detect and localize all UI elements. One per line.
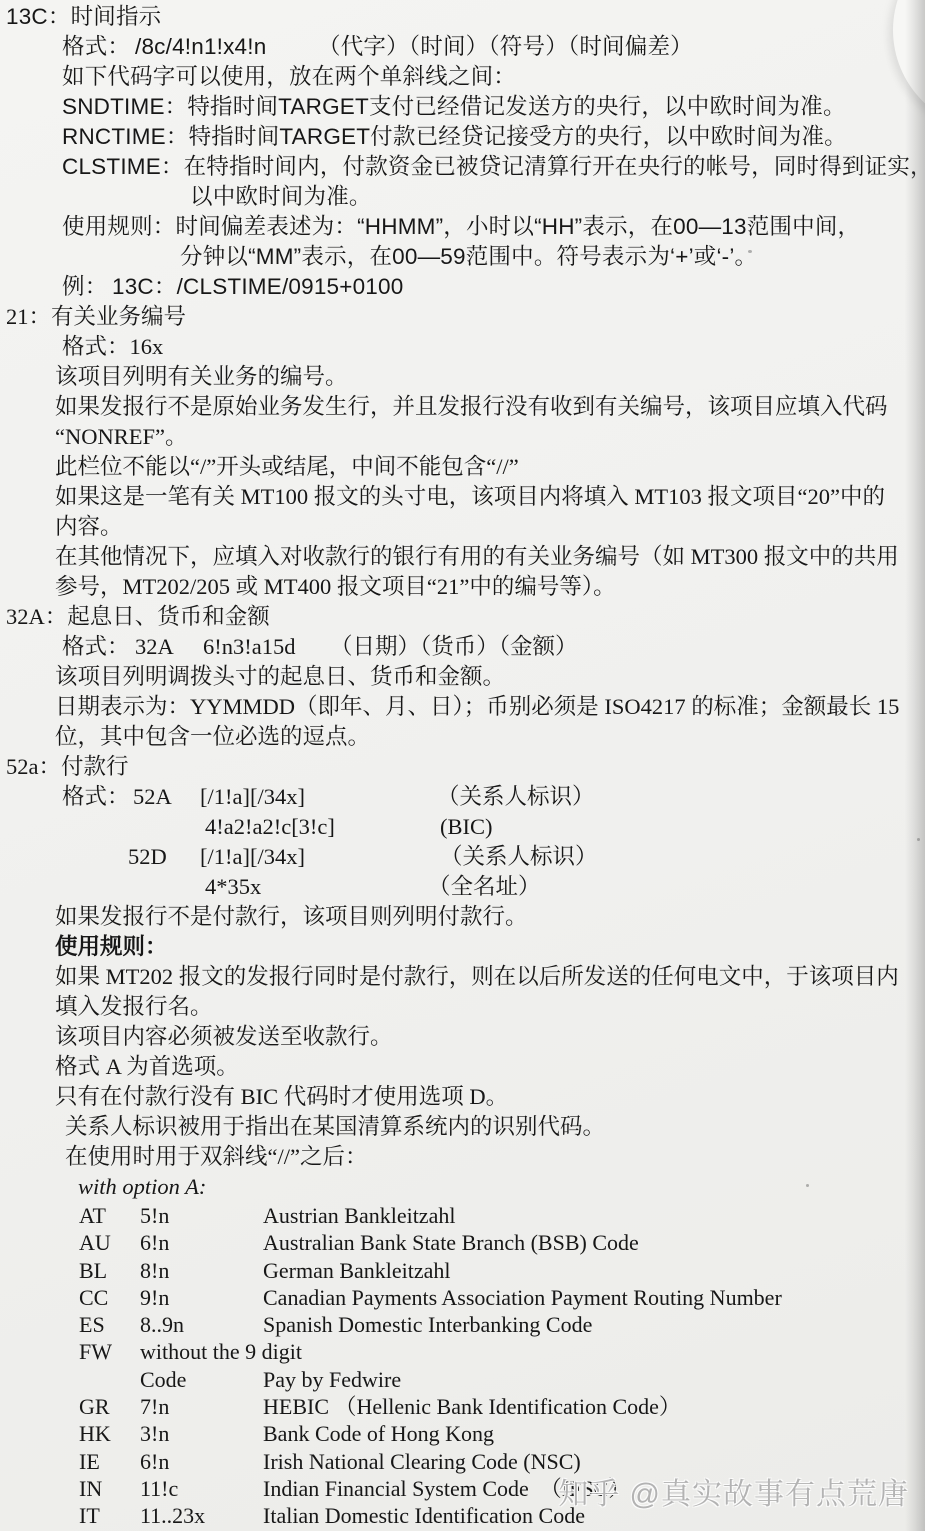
paragraph: 该项目列明有关业务的编号。 — [0, 362, 925, 392]
option-syntax: 4*35x — [205, 872, 261, 902]
clearing-code-row: AU6!nAustralian Bank State Branch (BSB) … — [0, 1229, 925, 1256]
section-field-52a: 52a：付款行 格式： 52A [/1!a][/34x] （关系人标识） 4!a… — [0, 752, 925, 1530]
col-format: 11!c — [140, 1475, 178, 1502]
section-field-32a: 32A：起息日、货币和金额 格式： 32A 6!n3!a15d （日期）（货币）… — [0, 602, 925, 752]
format-label: 格式： — [62, 334, 130, 359]
format-value: 16x — [130, 334, 164, 359]
col-code: IN — [79, 1475, 102, 1502]
field-tag: 32A： — [6, 604, 67, 629]
code-label: RNCTIME： — [62, 124, 189, 149]
scanned-document-page: 13C：时间指示 格式： /8c/4!n1!x4!n （代字）（时间）（符号）（… — [0, 0, 925, 1531]
field-title: 起息日、货币和金额 — [67, 604, 270, 629]
col-format: 8..9n — [140, 1311, 184, 1338]
col-description: Spanish Domestic Interbanking Code — [263, 1311, 592, 1338]
col-code: AU — [79, 1229, 111, 1256]
col-description: Pay by Fedwire — [263, 1366, 401, 1393]
code-text: 特指时间TARGET付款已经贷记接受方的央行，以中欧时间为准。 — [189, 124, 847, 149]
col-description: Australian Bank State Branch (BSB) Code — [263, 1229, 639, 1256]
example-line: 例： 13C：/CLSTIME/0915+0100 — [0, 272, 925, 302]
field-tag: 13C： — [6, 4, 71, 29]
option-description: (BIC) — [440, 812, 493, 842]
clearing-code-row: GR7!nHEBIC （Hellenic Bank Identification… — [0, 1393, 925, 1420]
col-format: 6!n — [140, 1229, 169, 1256]
col-description: Irish National Clearing Code (NSC) — [263, 1448, 581, 1475]
col-format: without the 9 digit — [140, 1338, 302, 1365]
col-format: 5!n — [140, 1202, 169, 1229]
format-option-row: 4!a2!a2!c[3!c] (BIC) — [0, 812, 925, 842]
format-description: （日期）（货币）（金额） — [330, 632, 578, 662]
field-title: 有关业务编号 — [51, 304, 186, 329]
option-syntax: [/1!a][/34x] — [200, 842, 305, 872]
col-code: BL — [79, 1257, 107, 1284]
field-21-format-line: 格式：16x — [0, 332, 925, 362]
field-32a-heading: 32A：起息日、货币和金额 — [0, 602, 925, 632]
format-option-row: 格式： 52A [/1!a][/34x] （关系人标识） — [0, 782, 925, 812]
format-value: /8c/4!n1!x4!n — [135, 32, 266, 62]
col-description: Italian Domestic Identification Code — [263, 1502, 585, 1529]
usage-rule-text: 时间偏差表述为：“HHMM”，小时以“HH”表示，在00—13范围中间， — [176, 214, 861, 239]
paragraph: 日期表示为：YYMMDD（即年、月、日）；币别必须是 ISO4217 的标准；金… — [0, 692, 925, 722]
code-row-clstime: CLSTIME：在特指时间内，付款资金已被贷记清算行开在央行的帐号，同时得到证实… — [0, 152, 925, 182]
paragraph: 如果发报行不是原始业务发生行，并且发报行没有收到有关编号，该项目应填入代码 — [0, 392, 925, 422]
col-code: GR — [79, 1393, 110, 1420]
watermark: 知乎 @真实故事有点荒唐 — [558, 1469, 909, 1513]
paragraph: 在其他情况下，应填入对收款行的银行有用的有关业务编号（如 MT300 报文中的共… — [0, 542, 925, 572]
clearing-code-row: HK3!nBank Code of Hong Kong — [0, 1420, 925, 1447]
format-option-row: 4*35x （全名址） — [0, 872, 925, 902]
section-field-21: 21：有关业务编号 格式：16x 该项目列明有关业务的编号。 如果发报行不是原始… — [0, 302, 925, 602]
paragraph: 此栏位不能以“/”开头或结尾，中间不能包含“//” — [0, 452, 925, 482]
format-option: 32A — [135, 632, 174, 662]
field-tag: 52a： — [6, 754, 61, 779]
code-label: SNDTIME： — [62, 94, 187, 119]
format-label: 格式： — [62, 632, 130, 662]
field-title: 付款行 — [61, 754, 129, 779]
format-value: 6!n3!a15d — [203, 632, 295, 662]
paragraph: 只有在付款行没有 BIC 代码时才使用选项 D。 — [0, 1082, 925, 1112]
document-content: 13C：时间指示 格式： /8c/4!n1!x4!n （代字）（时间）（符号）（… — [0, 0, 925, 1530]
col-code: IT — [79, 1502, 100, 1529]
option-code: 52D — [128, 842, 167, 872]
usage-rules-heading: 使用规则： — [0, 932, 925, 962]
col-code: HK — [79, 1420, 111, 1447]
example-value: 13C：/CLSTIME/0915+0100 — [112, 272, 403, 302]
field-21-heading: 21：有关业务编号 — [0, 302, 925, 332]
clearing-code-row: FWwithout the 9 digit — [0, 1338, 925, 1365]
option-code: 52A — [133, 782, 172, 812]
col-code: IE — [79, 1448, 100, 1475]
field-13c-heading: 13C：时间指示 — [0, 2, 925, 32]
code-text: 在特指时间内，付款资金已被贷记清算行开在央行的帐号，同时得到证实， — [184, 154, 925, 179]
col-description: HEBIC （Hellenic Bank Identification Code… — [263, 1393, 681, 1420]
col-format: 8!n — [140, 1257, 169, 1284]
section-field-13c: 13C：时间指示 格式： /8c/4!n1!x4!n （代字）（时间）（符号）（… — [0, 2, 925, 302]
usage-rule-label: 使用规则： — [62, 214, 176, 239]
clearing-code-row: CC9!nCanadian Payments Association Payme… — [0, 1284, 925, 1311]
col-format: 9!n — [140, 1284, 169, 1311]
format-label: 格式： — [62, 782, 130, 812]
format-description: （代字）（时间）（符号）（时间偏差） — [318, 32, 693, 62]
field-13c-format-line: 格式： /8c/4!n1!x4!n （代字）（时间）（符号）（时间偏差） — [0, 32, 925, 62]
paragraph: 位，其中包含一位必选的逗点。 — [0, 722, 925, 752]
code-text: 特指时间TARGET支付已经借记发送方的央行，以中欧时间为准。 — [187, 94, 845, 119]
paragraph: 如果发报行不是付款行，该项目则列明付款行。 — [0, 902, 925, 932]
usage-rule-line-1: 使用规则：时间偏差表述为：“HHMM”，小时以“HH”表示，在00—13范围中间… — [0, 212, 925, 242]
col-description: Canadian Payments Association Payment Ro… — [263, 1284, 782, 1311]
paragraph: 该项目内容必须被发送至收款行。 — [0, 1022, 925, 1052]
format-option-row: 52D [/1!a][/34x] （关系人标识） — [0, 842, 925, 872]
col-description: German Bankleitzahl — [263, 1257, 451, 1284]
example-label: 例： — [62, 272, 107, 302]
code-row-rnctime: RNCTIME：特指时间TARGET付款已经贷记接受方的央行，以中欧时间为准。 — [0, 122, 925, 152]
col-format: 11..23x — [140, 1502, 205, 1529]
paragraph: 内容。 — [0, 512, 925, 542]
paragraph: “NONREF”。 — [0, 422, 925, 452]
paragraph: 该项目列明调拨头寸的起息日、货币和金额。 — [0, 662, 925, 692]
paragraph: 格式 A 为首选项。 — [0, 1052, 925, 1082]
clearing-code-row: BL8!nGerman Bankleitzahl — [0, 1257, 925, 1284]
code-row-sndtime: SNDTIME：特指时间TARGET支付已经借记发送方的央行，以中欧时间为准。 — [0, 92, 925, 122]
paragraph: 如果这是一笔有关 MT100 报文的头寸电，该项目内将填入 MT103 报文项目… — [0, 482, 925, 512]
col-code: FW — [79, 1338, 112, 1365]
clearing-code-row: ES8..9nSpanish Domestic Interbanking Cod… — [0, 1311, 925, 1338]
field-title: 时间指示 — [71, 4, 162, 29]
option-a-heading: with option A: — [0, 1172, 925, 1202]
field-13c-intro: 如下代码字可以使用，放在两个单斜线之间： — [0, 62, 925, 92]
option-description: （关系人标识） — [437, 782, 595, 812]
note-double-slash: 在使用时用于双斜线“//”之后： — [0, 1142, 925, 1172]
paragraph: 如果 MT202 报文的发报行同时是付款行，则在以后所发送的任何电文中，于该项目… — [0, 962, 925, 992]
col-format: Code — [140, 1366, 186, 1393]
field-52a-heading: 52a：付款行 — [0, 752, 925, 782]
col-format: 7!n — [140, 1393, 169, 1420]
code-label: CLSTIME： — [62, 154, 184, 179]
option-description: （关系人标识） — [440, 842, 598, 872]
col-format: 6!n — [140, 1448, 169, 1475]
col-code: AT — [79, 1202, 106, 1229]
col-description: Bank Code of Hong Kong — [263, 1420, 494, 1447]
col-description: Austrian Bankleitzahl — [263, 1202, 455, 1229]
scan-edge-shadow — [905, 0, 925, 1531]
format-label: 格式： — [62, 32, 130, 62]
field-32a-format-line: 格式： 32A 6!n3!a15d （日期）（货币）（金额） — [0, 632, 925, 662]
col-code: CC — [79, 1284, 108, 1311]
col-format: 3!n — [140, 1420, 169, 1447]
code-row-clstime-continued: 以中欧时间为准。 — [0, 182, 925, 212]
field-tag: 21： — [6, 304, 51, 329]
note-party-identifier: 关系人标识被用于指出在某国清算系统内的识别代码。 — [0, 1112, 925, 1142]
paragraph: 参号，MT202/205 或 MT400 报文项目“21”中的编号等）。 — [0, 572, 925, 602]
clearing-code-row: CodePay by Fedwire — [0, 1366, 925, 1393]
clearing-code-row: AT5!nAustrian Bankleitzahl — [0, 1202, 925, 1229]
col-code: ES — [79, 1311, 105, 1338]
option-syntax: 4!a2!a2!c[3!c] — [205, 812, 335, 842]
option-syntax: [/1!a][/34x] — [200, 782, 305, 812]
paragraph: 填入发报行名。 — [0, 992, 925, 1022]
usage-rule-line-2: 分钟以“MM”表示，在00—59范围中。符号表示为‘+’或‘-’。 — [0, 242, 925, 272]
option-description: （全名址） — [428, 872, 541, 902]
